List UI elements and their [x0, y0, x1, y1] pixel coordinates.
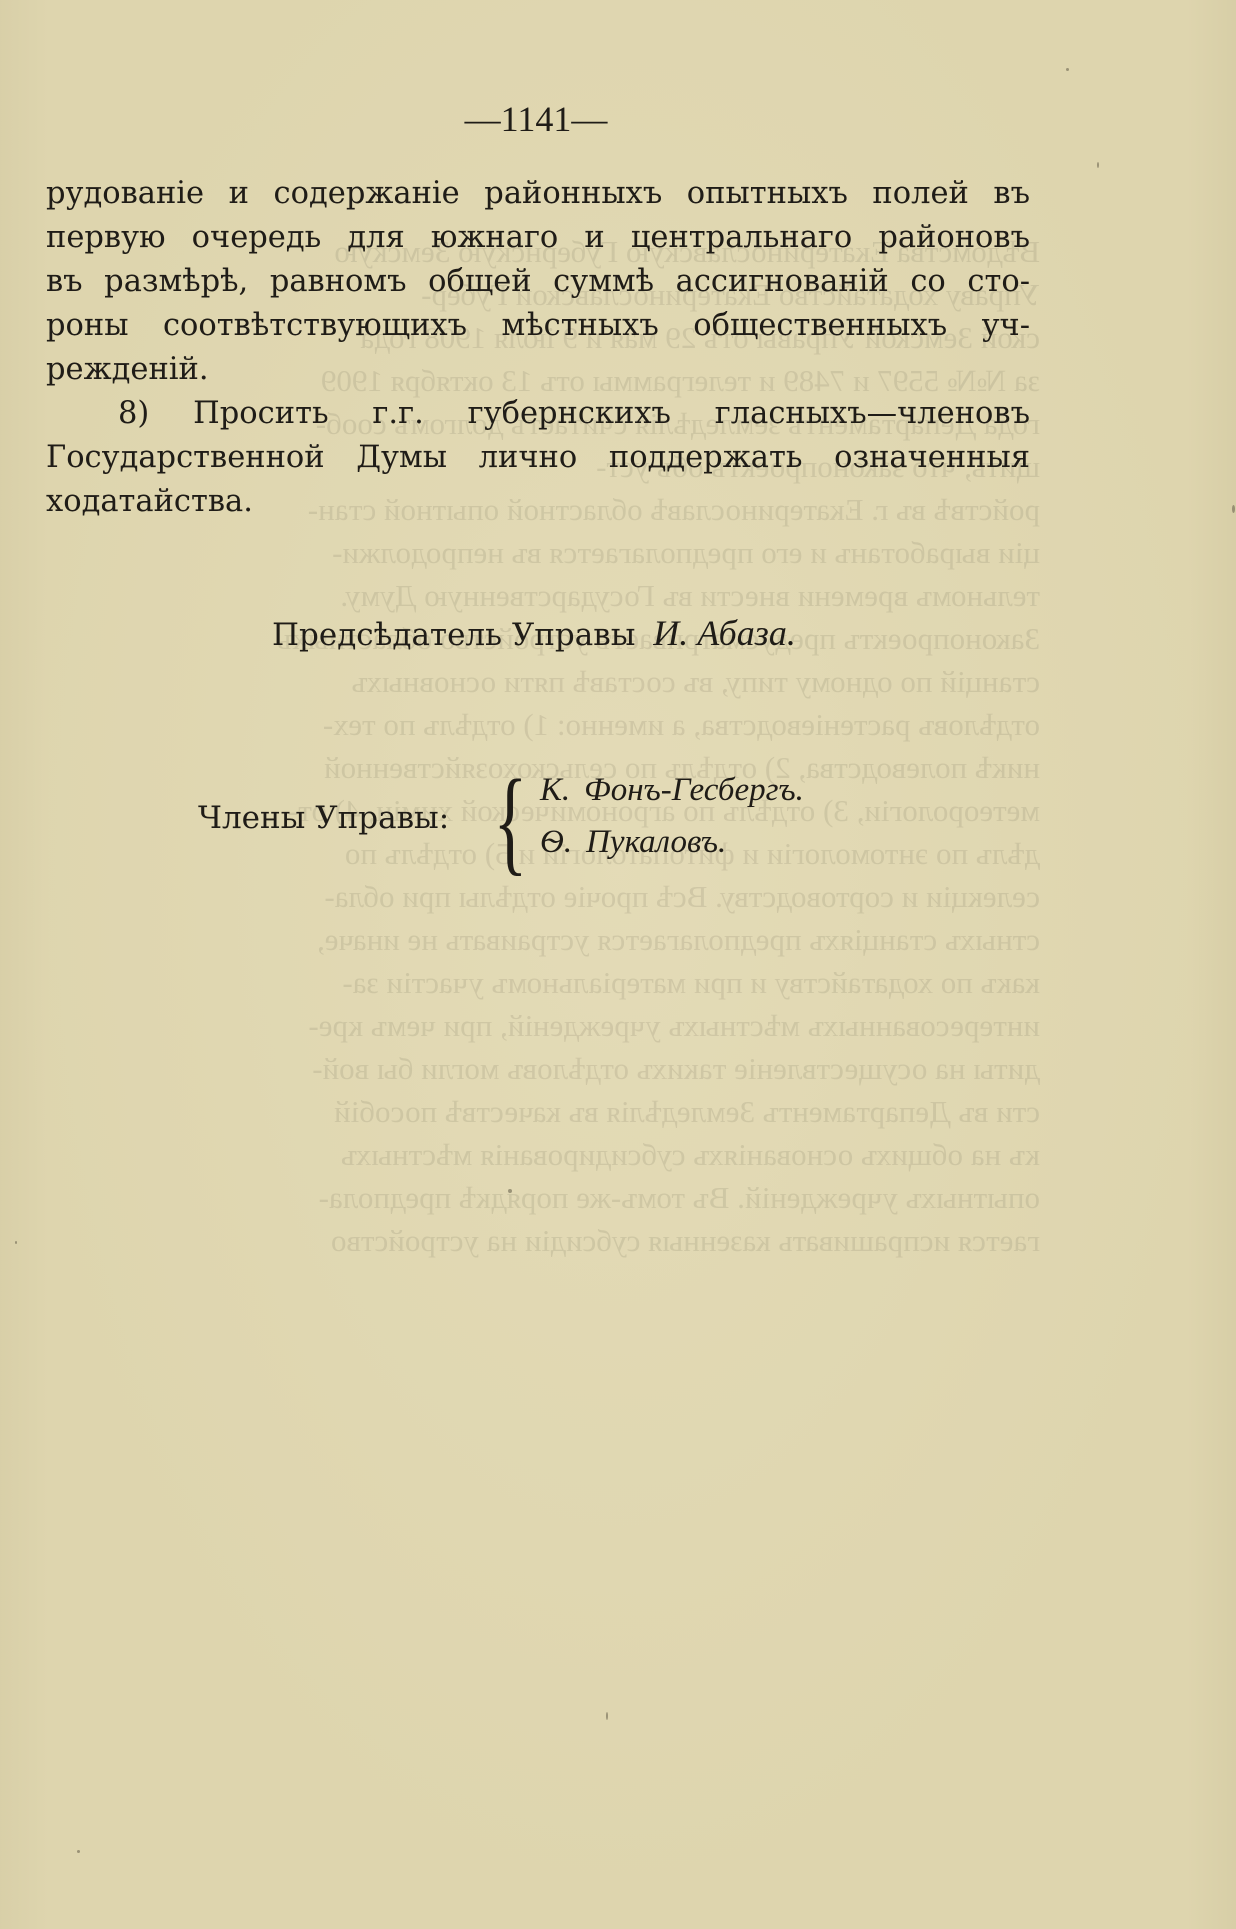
chairman-signature: Предсѣдатель Управы И. Абаза.	[272, 612, 796, 654]
member-initial: К.	[540, 772, 570, 808]
page-number: —1141—	[0, 98, 1072, 140]
board-members-block: Члены Управы: { К.Фонъ-Гесбергъ. Ѳ.Пукал…	[198, 770, 898, 880]
member-initial: Ѳ.	[540, 824, 572, 860]
paper-speck	[1066, 68, 1069, 71]
member-surname: Фонъ-Гесбергъ.	[584, 772, 804, 808]
paper-speck	[15, 1241, 17, 1244]
text-line: роны соотвѣтствующихъ мѣстныхъ обществен…	[46, 304, 1030, 348]
chairman-title: Предсѣдатель Управы	[272, 617, 635, 653]
text-line: ходатайства.	[46, 480, 1030, 524]
text-line: рудованіе и содержаніе районныхъ опытных…	[46, 172, 1030, 216]
paper-speck	[606, 1712, 608, 1720]
paper-speck	[77, 1850, 80, 1853]
text-line: режденій.	[46, 348, 1030, 392]
text-line: Государственной Думы лично поддержать оз…	[46, 436, 1030, 480]
paper-speck	[508, 1189, 512, 1193]
text-line: въ размѣрѣ, равномъ общей суммѣ ассигнов…	[46, 260, 1030, 304]
text-line: первую очередь для южнаго и центральнаго…	[46, 216, 1030, 260]
member-surname: Пукаловъ.	[586, 824, 726, 860]
chairman-name: И. Абаза.	[653, 613, 796, 653]
paper-speck	[1232, 505, 1235, 513]
member-name: Ѳ.Пукаловъ.	[540, 824, 726, 861]
member-name: К.Фонъ-Гесбергъ.	[540, 772, 804, 809]
paper-speck	[1097, 162, 1099, 168]
body-text: рудованіе и содержаніе районныхъ опытных…	[46, 172, 1030, 524]
paragraph-8-first-line: 8) Просить г.г. губернскихъ гласныхъ—чле…	[46, 392, 1030, 436]
members-label: Члены Управы:	[198, 800, 449, 836]
curly-brace-icon: {	[493, 762, 527, 880]
